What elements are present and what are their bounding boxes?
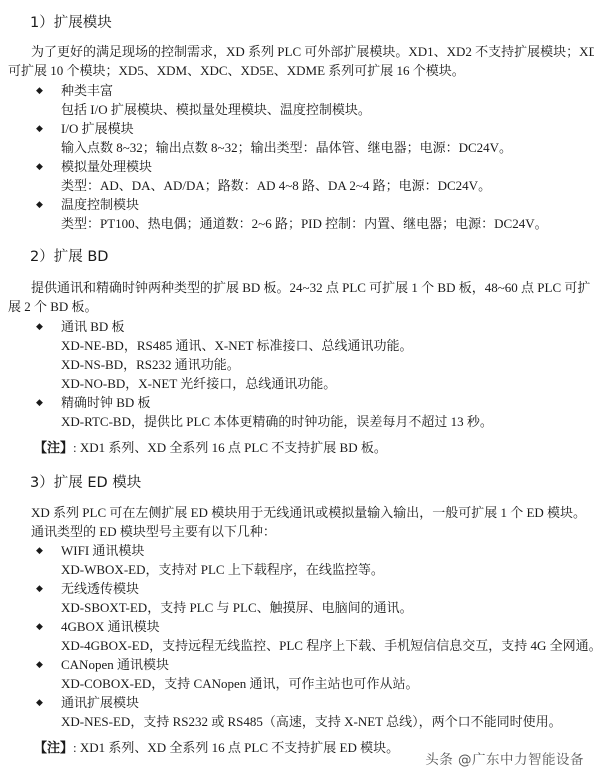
item-title: 通讯 BD 板 xyxy=(61,317,125,336)
section-1-paragraph-line-1: 为了更好的满足现场的控制需求，XD 系列 PLC 可外部扩展模块。XD1、XD2… xyxy=(31,42,594,61)
section-1-heading: 1）扩展模块 xyxy=(30,14,112,33)
bullet-icon: ◆ xyxy=(36,157,43,176)
item-detail: XD-WBOX-ED，支持对 PLC 上下载程序，在线监控等。 xyxy=(61,560,384,579)
item-title: CANopen 通讯模块 xyxy=(61,655,169,674)
item-title: I/O 扩展模块 xyxy=(61,119,134,138)
item-title: 精确时钟 BD 板 xyxy=(61,393,151,412)
bullet-icon: ◆ xyxy=(36,119,43,138)
watermark: 头条 @广东中力智能设备 xyxy=(425,748,584,768)
item-detail: XD-SBOXT-ED，支持 PLC 与 PLC、触摸屏、电脑间的通讯。 xyxy=(61,598,413,617)
item-detail: XD-COBOX-ED，支持 CANopen 通讯，可作主站也可作从站。 xyxy=(61,674,419,693)
bullet-icon: ◆ xyxy=(36,317,43,336)
note-tag: 【注】 xyxy=(34,440,73,455)
item-title: 通讯扩展模块 xyxy=(61,693,139,712)
item-detail: XD-NO-BD，X-NET 光纤接口，总线通讯功能。 xyxy=(61,374,336,393)
item-detail: XD-NE-BD，RS485 通讯、X-NET 标准接口、总线通讯功能。 xyxy=(61,336,412,355)
item-title: 模拟量处理模块 xyxy=(61,157,152,176)
bullet-icon: ◆ xyxy=(36,81,43,100)
bullet-icon: ◆ xyxy=(36,393,43,412)
section-3-paragraph-line-2: 通讯类型的 ED 模块型号主要有以下几种： xyxy=(31,522,276,541)
note-text: : XD1 系列、XD 全系列 16 点 PLC 不支持扩展 BD 板。 xyxy=(73,440,387,455)
item-detail: 输入点数 8~32；输出点数 8~32；输出类型：晶体管、继电器；电源：DC24… xyxy=(61,138,512,157)
section-2-heading: 2）扩展 BD xyxy=(30,248,108,267)
section-2-paragraph-line-2: 展 2 个 BD 板。 xyxy=(8,297,98,316)
item-detail: 类型：AD、DA、AD/DA；路数：AD 4~8 路、DA 2~4 路；电源：D… xyxy=(61,176,491,195)
bullet-icon: ◆ xyxy=(36,541,43,560)
item-title: 4GBOX 通讯模块 xyxy=(61,617,160,636)
bullet-icon: ◆ xyxy=(36,617,43,636)
item-detail: XD-NES-ED，支持 RS232 或 RS485（高速，支持 X-NET 总… xyxy=(61,712,562,731)
bullet-icon: ◆ xyxy=(36,195,43,214)
item-title: 种类丰富 xyxy=(61,81,113,100)
section-3-paragraph-line-1: XD 系列 PLC 可在左侧扩展 ED 模块用于无线通讯或模拟量输入输出，一般可… xyxy=(31,503,586,522)
item-detail: XD-NS-BD，RS232 通讯功能。 xyxy=(61,355,240,374)
item-detail: XD-4GBOX-ED，支持远程无线监控、PLC 程序上下载、手机短信信息交互，… xyxy=(61,636,594,655)
section-2-paragraph-line-1: 提供通讯和精确时钟两种类型的扩展 BD 板。24~32 点 PLC 可扩展 1 … xyxy=(31,278,590,297)
note-tag: 【注】 xyxy=(34,740,73,755)
bullet-icon: ◆ xyxy=(36,579,43,598)
item-title: 无线透传模块 xyxy=(61,579,139,598)
bullet-icon: ◆ xyxy=(36,655,43,674)
section-2-note: 【注】: XD1 系列、XD 全系列 16 点 PLC 不支持扩展 BD 板。 xyxy=(34,438,387,457)
bullet-icon: ◆ xyxy=(36,693,43,712)
note-text: : XD1 系列、XD 全系列 16 点 PLC 不支持扩展 ED 模块。 xyxy=(73,740,399,755)
item-detail: XD-RTC-BD，提供比 PLC 本体更精确的时钟功能，误差每月不超过 13 … xyxy=(61,412,493,431)
item-title: WIFI 通讯模块 xyxy=(61,541,144,560)
section-3-heading: 3）扩展 ED 模块 xyxy=(30,474,141,493)
section-1-paragraph-line-2: 可扩展 10 个模块；XD5、XDM、XDC、XD5E、XDME 系列可扩展 1… xyxy=(8,61,465,80)
item-detail: 包括 I/O 扩展模块、模拟量处理模块、温度控制模块。 xyxy=(61,100,371,119)
item-detail: 类型：PT100、热电偶；通道数：2~6 路；PID 控制：内置、继电器；电源：… xyxy=(61,214,548,233)
section-3-note: 【注】: XD1 系列、XD 全系列 16 点 PLC 不支持扩展 ED 模块。 xyxy=(34,738,399,757)
item-title: 温度控制模块 xyxy=(61,195,139,214)
